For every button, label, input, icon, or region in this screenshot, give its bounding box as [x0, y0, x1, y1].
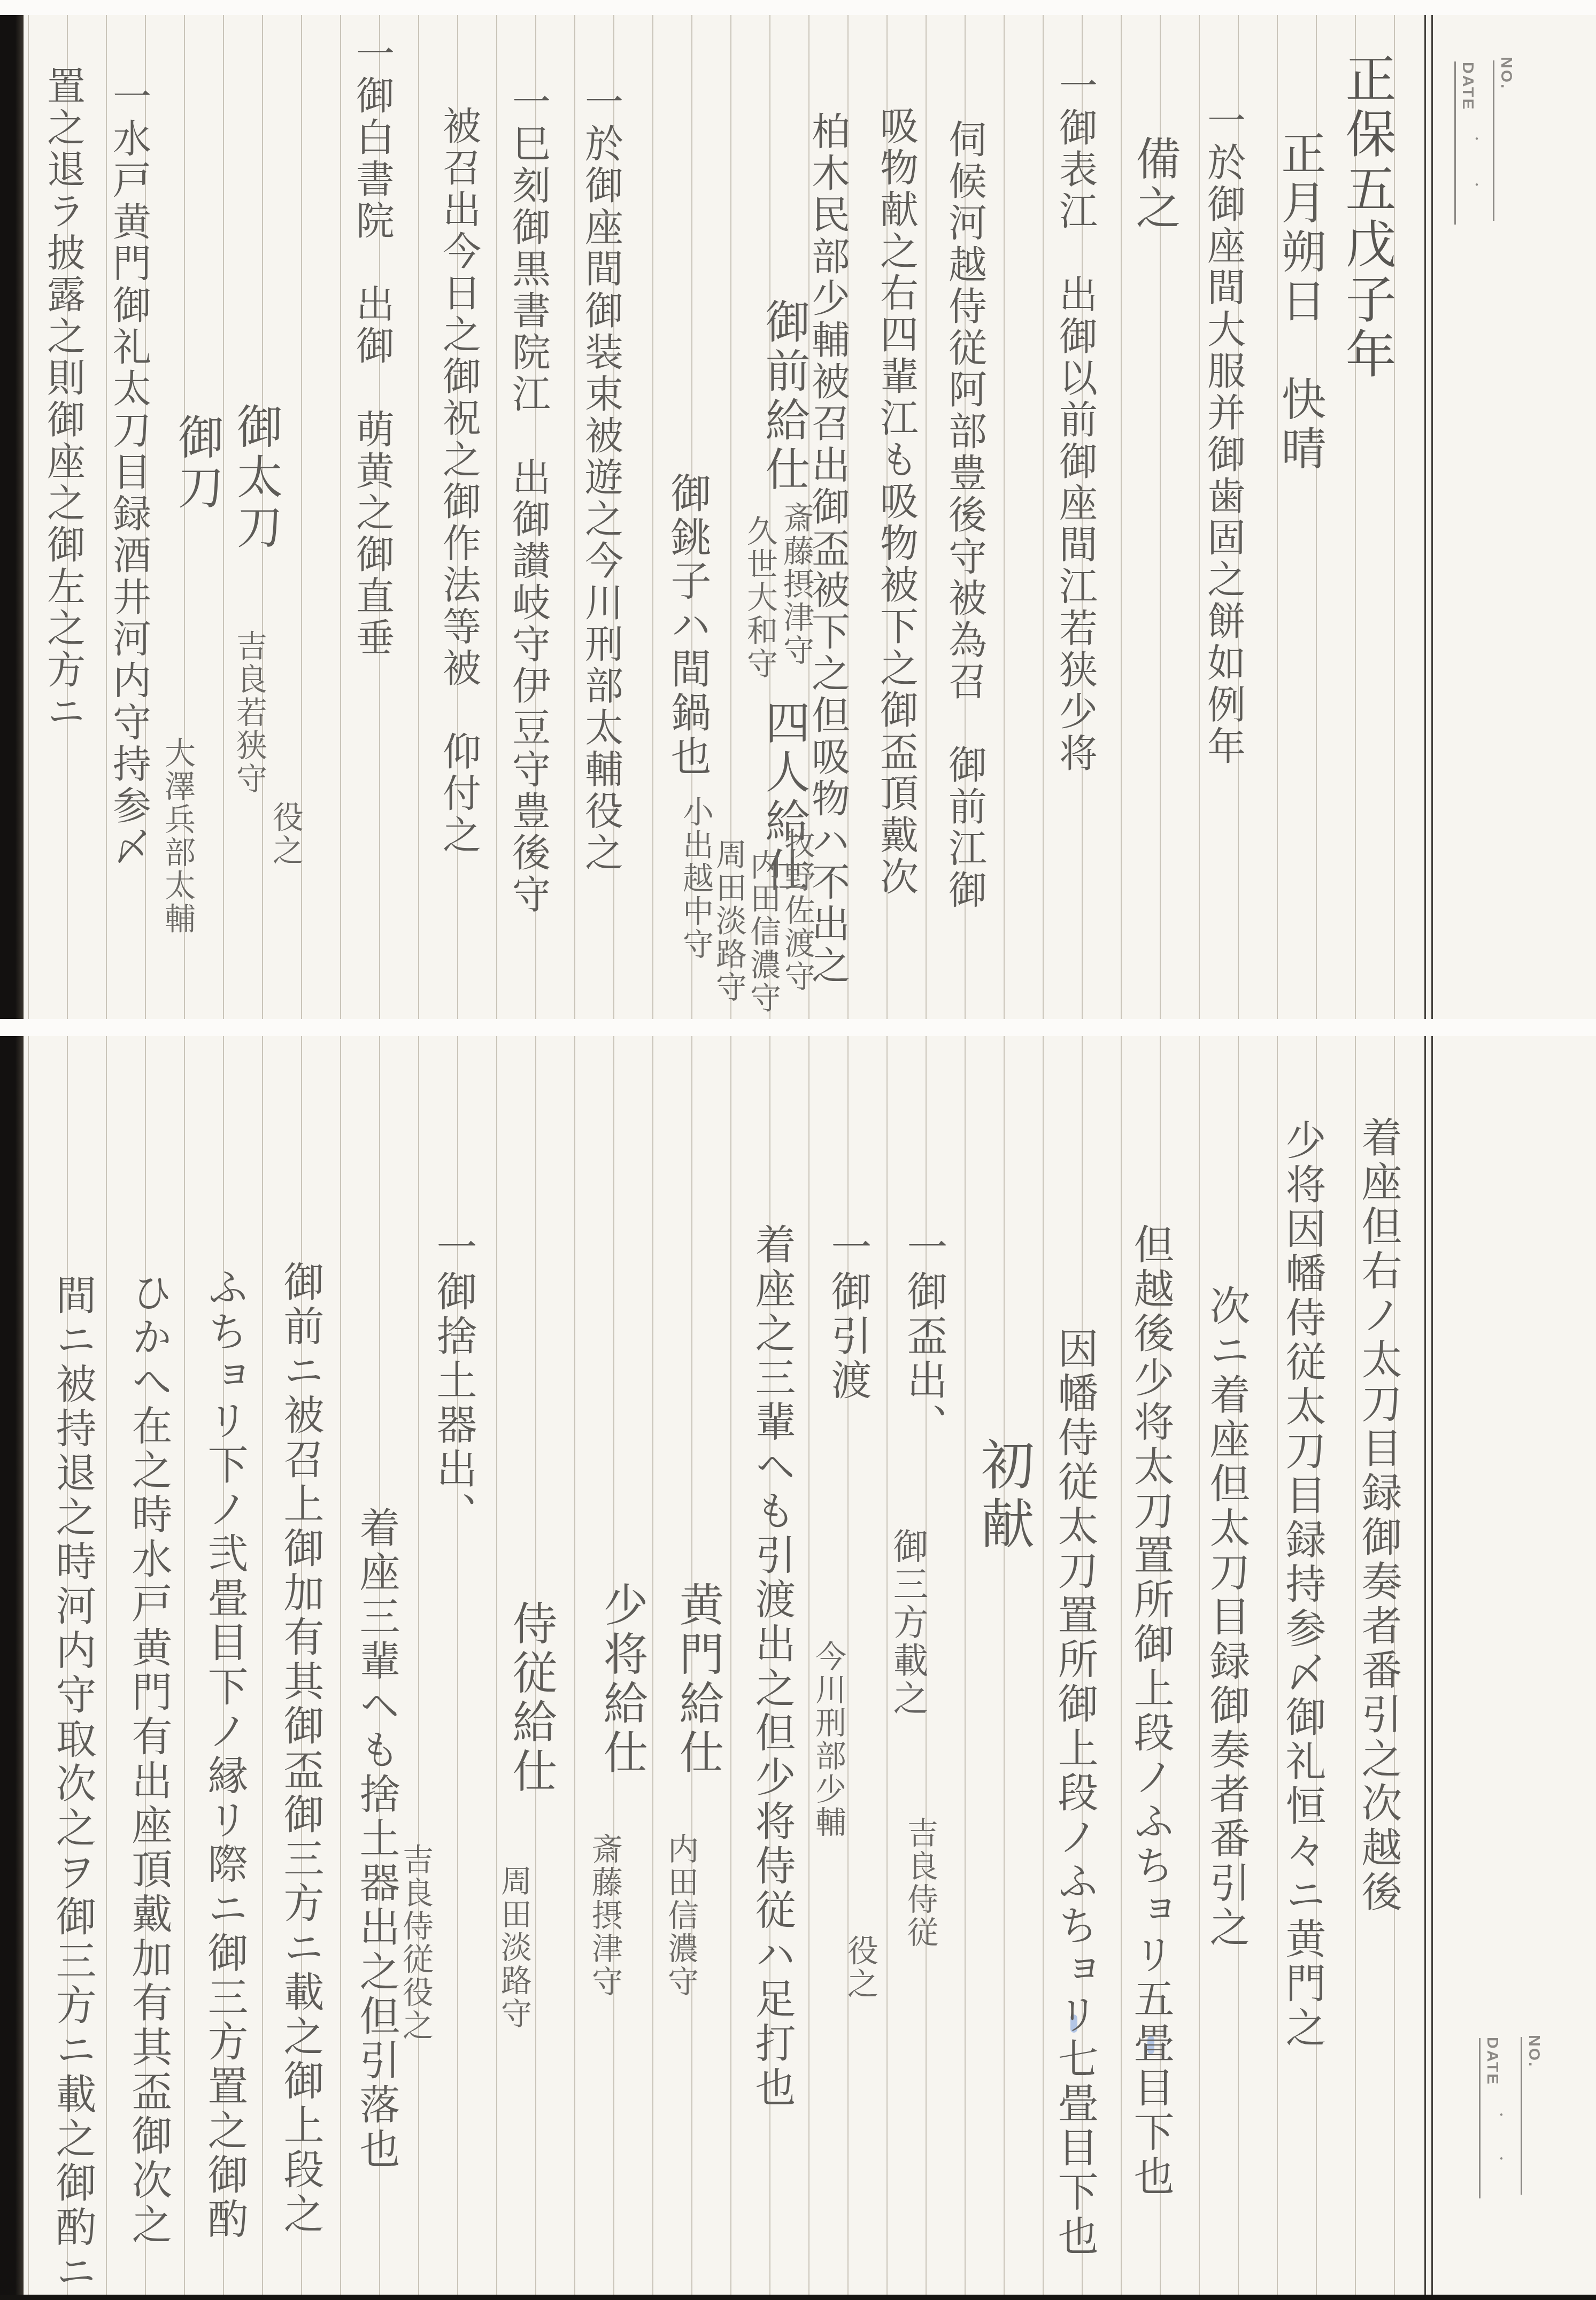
name-sonoda-awaji: 周田淡路守 [498, 1865, 529, 2031]
date-dot-2: ・ [1470, 174, 1483, 193]
column-tsugini: 次ニ着座但太刀目録御奏者番引之 [1206, 1285, 1247, 1950]
column-shozoku: 一於御座間御装束被遊之今川刑部太輔役之 [582, 82, 620, 874]
label-yakuno: 役之 [270, 801, 301, 867]
binding-edge [0, 1036, 24, 2300]
column-omote: 一御表江 出御以前御座間江若狭少将 [1056, 66, 1094, 775]
name-uchida-shinano: 内田信濃守 [665, 1833, 696, 1998]
margin-double-line [1424, 15, 1433, 1019]
date-line [1454, 61, 1456, 225]
name-osawa-hyobu: 大澤兵部太輔 [162, 737, 193, 936]
column-sonae: 備之 [1132, 135, 1177, 234]
name-saito-settsu: 斎藤摂津守 [781, 501, 812, 667]
name-sonoda-awaji: 周田淡路守 [713, 838, 744, 1004]
name-kuze-yamato: 久世大和守 [744, 515, 775, 681]
column-chakuza-3: 着座三輩ヘも捨土器出之但引落也 [356, 1507, 397, 2172]
column-inaba-okiba: 因幡侍従太刀置所御上段ノふちョリ七畳目下也 [1054, 1327, 1095, 2259]
no-line [1521, 2037, 1522, 2195]
column-date-weather: 正月朔日 快晴 [1278, 130, 1323, 474]
column-shosho-inaba: 少将因幡侍従太刀目録持参〆御礼恒々ニ黄門之 [1282, 1119, 1323, 2051]
scanned-notebook: { "page1": { "header": { "no": "NO.", "d… [0, 0, 1596, 2300]
column-otachi: 御太刀 [233, 403, 279, 553]
column-era-year: 正保五戊子年 [1341, 52, 1392, 383]
name-koide-ecchu: 小出越中守 [680, 796, 711, 961]
notebook-page-1: NO. DATE ・ ・ 正保五戊子年 正月朔日 快晴 一於御座間大服并御歯固之… [0, 15, 1596, 1019]
scan-bottom-edge [0, 2295, 1596, 2300]
column-mikoku: 一巳刻御黒書院江 出御讃岐守伊豆守豊後守 [509, 82, 548, 916]
column-chakuza-1: 着座但右ノ太刀目録御奏者番引之次越後 [1358, 1116, 1399, 1915]
no-label: NO. [1525, 2035, 1543, 2068]
name-kira-jiju: 吉良侍従 [905, 1817, 936, 1949]
name-makino-sado: 牧野佐渡守 [782, 828, 813, 993]
column-sanbo: 御三方載之 [890, 1528, 925, 1718]
no-line [1493, 60, 1494, 221]
column-komon-kyuji: 黄門給仕 [676, 1581, 721, 1778]
binding-edge [0, 15, 24, 1019]
name-saito-settsu: 斎藤摂津守 [589, 1833, 620, 1998]
name-imagawa-gyobu: 今川刑部少輔 [813, 1640, 844, 1839]
label-yakuno: 役之 [845, 1934, 876, 2001]
column-ozanoma: 一於御座間大服并御歯固之餅如例年 [1204, 101, 1243, 768]
date-line [1479, 2038, 1481, 2198]
column-okatana: 御刀 [174, 413, 220, 514]
date-dot-1: ・ [1470, 128, 1483, 147]
date-label: DATE [1483, 2037, 1501, 2086]
column-fuchiyori: ふちョリ下ノ弐畳目下ノ縁リ際ニ御三方置之御酌 [204, 1266, 245, 2242]
column-shosho-kyuji: 少将給仕 [600, 1581, 645, 1778]
column-shokon-heading: 初献 [976, 1437, 1030, 1555]
name-kira-wakasa: 吉良若狭守 [234, 630, 265, 796]
column-shiko: 伺候河越侍従阿部豊後守被為召 御前江御 [945, 119, 984, 912]
column-mito-komon: 一水戸黄門御礼太刀目録酒井河内守持参〆 [110, 76, 148, 869]
column-shiroshoin: 一御白書院 出御 萌黄之御直垂 [353, 34, 391, 659]
no-label: NO. [1497, 57, 1515, 90]
column-oserare: 被召出今日之御祝之御作法等被 仰付之 [440, 106, 478, 856]
column-gozen-kyuji: 御前給仕 [762, 298, 807, 495]
column-osakazuki: 一御盃出、 [904, 1226, 944, 1448]
column-hikae: ひかへ在之時水戸黄門有出座頂戴加有其盃御次之 [128, 1271, 169, 2248]
date-label: DATE [1459, 62, 1477, 111]
column-okiyuki: 置之退ラ披露之則御座之御左之方ニ [44, 66, 82, 733]
column-choshi: 御銚子ハ間鍋也 [667, 472, 708, 779]
column-suimono: 吸物献之右四輩江も吸物被下之御盃頂戴次 [877, 106, 915, 898]
column-chakuza-2: 着座之三輩ヘも引渡出之但少将侍従ハ足打也 [752, 1223, 792, 2111]
column-gozen: 御前ニ被召上御加有其御盃御三方ニ載之御上段之 [280, 1261, 321, 2237]
date-dot-1: ・ [1495, 2104, 1508, 2123]
date-dot-2: ・ [1495, 2148, 1508, 2167]
name-uchida-shinano: 内田信濃守 [747, 849, 778, 1015]
column-sutekawarake: 一御捨土器出、 [433, 1226, 474, 1537]
column-echigo-okiba: 但越後少将太刀置所御上段ノふちョリ五畳目下也 [1130, 1223, 1171, 2199]
column-ohikiwatashi: 一御引渡 [828, 1226, 868, 1403]
column-mani: 間ニ被持退之時河内守取次之ヲ御三方ニ載之御酌ニ [52, 1274, 93, 2295]
name-kira-jiju-yaku: 吉良侍従役之 [400, 1843, 431, 2042]
column-jiju-kyuji: 侍従給仕 [509, 1600, 554, 1797]
margin-double-line [1424, 1036, 1433, 2300]
notebook-page-2: NO. DATE ・ ・ 着座但右ノ太刀目録御奏者番引之次越後 少将因幡侍従太刀… [0, 1036, 1596, 2300]
